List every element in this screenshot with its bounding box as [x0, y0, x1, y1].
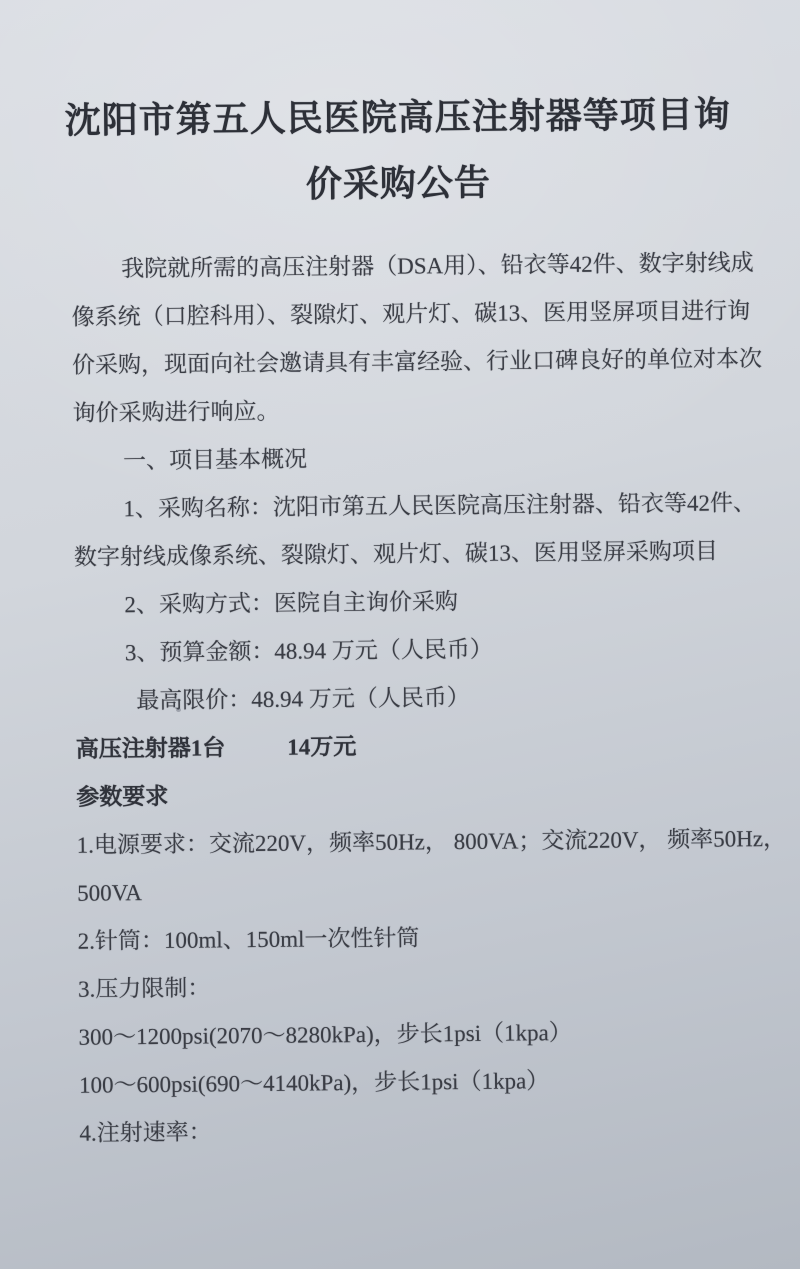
section-heading-overview: 一、项目基本概况	[73, 431, 747, 485]
param-pressure-range-2: 100～600psi(690～4140kPa)，步长1psi（1kpa）	[79, 1055, 753, 1109]
intro-line-3: 价采购，现面向社会邀请具有丰富经验、行业口碑良好的单位对本次	[72, 335, 746, 389]
document-title: 沈阳市第五人民医院高压注射器等项目询 价采购公告	[37, 81, 758, 220]
param-injection-rate: 4.注射速率：	[79, 1103, 753, 1157]
intro-line-2: 像系统（口腔科用）、裂隙灯、观片灯、碳13、医用竖屏项目进行询	[71, 287, 745, 341]
item-budget-amount: 3、预算金额：48.94 万元（人民币）	[75, 623, 749, 677]
param-syringe: 2.针筒：100ml、150ml一次性针筒	[77, 911, 751, 965]
title-line-2: 价采购公告	[38, 147, 759, 220]
item-procurement-name-cont: 数字射线成像系统、裂隙灯、观片灯、碳13、医用竖屏采购项目	[74, 527, 748, 581]
param-power-line-1: 1.电源要求：交流220V，频率50Hz， 800VA；交流220V， 频率50…	[76, 815, 750, 869]
param-pressure-range-1: 300～1200psi(2070～8280kPa)，步长1psi（1kpa）	[78, 1007, 752, 1061]
intro-line-4: 询价采购进行响应。	[72, 383, 746, 437]
document-sheet: 沈阳市第五人民医院高压注射器等项目询 价采购公告 我院就所需的高压注射器（DSA…	[0, 81, 800, 1159]
intro-line-1: 我院就所需的高压注射器（DSA用）、铅衣等42件、数字射线成	[71, 239, 745, 293]
product-price: 14万元	[287, 734, 356, 760]
param-pressure-heading: 3.压力限制：	[78, 959, 752, 1013]
product-name: 高压注射器1台	[76, 735, 226, 761]
document-body: 我院就所需的高压注射器（DSA用）、铅衣等42件、数字射线成 像系统（口腔科用）…	[0, 239, 800, 1159]
dust-speck	[176, 708, 181, 712]
product-line: 高压注射器1台14万元	[76, 719, 750, 773]
param-power-line-2: 500VA	[77, 863, 751, 917]
title-line-1: 沈阳市第五人民医院高压注射器等项目询	[37, 81, 758, 154]
item-procurement-method: 2、采购方式：医院自主询价采购	[74, 575, 748, 629]
item-max-price: 最高限价：48.94 万元（人民币）	[75, 671, 749, 725]
item-procurement-name: 1、采购名称：沈阳市第五人民医院高压注射器、铅衣等42件、	[73, 479, 747, 533]
document-photo: 沈阳市第五人民医院高压注射器等项目询 价采购公告 我院就所需的高压注射器（DSA…	[0, 0, 800, 1269]
params-heading: 参数要求	[76, 767, 750, 821]
